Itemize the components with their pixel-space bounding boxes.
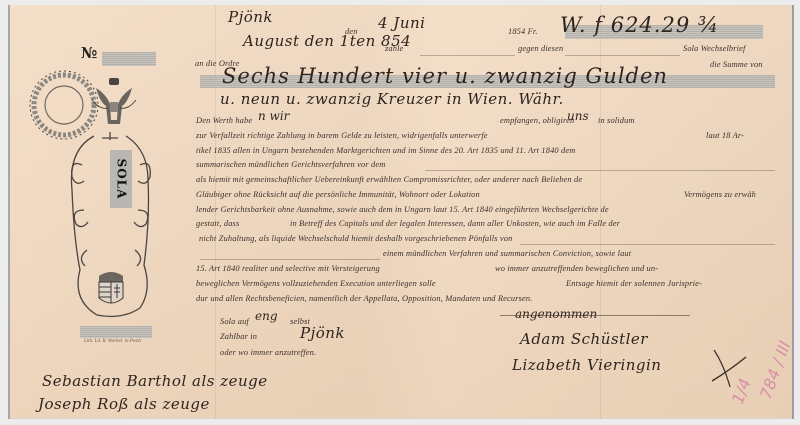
sola-auf-label: Sola auf	[220, 317, 249, 326]
zahlbar-in-label: Zahlbar in	[220, 332, 257, 341]
accepted-handwritten: angenommen	[515, 307, 597, 321]
body-line-10-tail: wo immer anzutreffenden beweglichen und …	[495, 264, 658, 273]
ornament-vignette-icon	[22, 70, 162, 340]
body-line-5: Gläubiger ohne Rücksicht auf die persönl…	[196, 190, 480, 199]
year-printed: 1854 Fr.	[508, 27, 538, 36]
sola-auf-handwritten: eng	[255, 309, 278, 323]
stamp-field	[80, 326, 152, 338]
body-line-11-tail: Entsage hiemit der solennen Jurisprie-	[566, 279, 702, 288]
empfangen-label: empfangen, obligiren	[500, 116, 574, 125]
body-line-12: dur und allen Rechtsbeneficien, namentli…	[196, 294, 533, 303]
body-line-3: summarischen mündlichen Gerichtsverfahre…	[196, 160, 385, 169]
zahle-label: zahle	[385, 44, 403, 53]
werth-label: Den Werth habe	[196, 116, 252, 125]
amount-handwritten: W. f 624.29 ¾	[560, 13, 719, 37]
rule	[500, 315, 690, 316]
sum-words-line2: u. neun u. zwanzig Kreuzer in Wien. Währ…	[220, 90, 564, 108]
body-line-8: nicht Zuhaltung, als liquide Wechselschu…	[199, 234, 512, 243]
body-line-5-tail: Vermögens zu erwäh	[684, 190, 756, 199]
sola-text: SOLA	[114, 159, 128, 200]
in-solidum-label: in solidum	[598, 116, 635, 125]
werth-handwritten: n wir	[258, 109, 289, 123]
number-label: №	[81, 44, 97, 62]
witness-line-1: Sebastian Barthol als zeuge	[42, 372, 268, 390]
body-line-4: als hiemit mit gemeinschaftlicher Uebere…	[196, 175, 582, 184]
rule	[200, 259, 380, 260]
rule	[565, 55, 680, 56]
gegen-diesen-label: gegen diesen	[518, 44, 563, 53]
signature-2: Lizabeth Vieringin	[512, 356, 661, 374]
die-summe-von-label: die Summe von	[710, 60, 763, 69]
body-line-10: 15. Art 1840 realiter und selective mit …	[196, 264, 380, 273]
sum-words-line1: Sechs Hundert vier u. zwanzig Gulden	[222, 64, 668, 88]
uns-handwritten: uns	[567, 109, 589, 123]
body-line-1-tail: laut 18 Ar-	[706, 131, 744, 140]
body-line-1: zur Verfallzeit richtige Zahlung in bare…	[196, 131, 488, 140]
signature-1: Adam Schüstler	[520, 330, 648, 348]
date-handwritten: 4 Juni	[378, 14, 425, 32]
witness-line-2: Joseph Roß als zeuge	[38, 395, 210, 413]
body-line-6: lender Gerichtsbarkeit ohne Ausnahme, so…	[196, 205, 609, 214]
body-line-2: tikel 1835 allen in Ungarn bestehenden M…	[196, 146, 575, 155]
body-line-7: gestatt, dass	[196, 219, 239, 228]
sola-wechselbrief-label: Sola Wechselbrief	[683, 44, 745, 53]
printer-note: Lith. Ld. R. Worbel. in Pesth	[84, 339, 141, 344]
body-line-7-mid: in Betreff des Capitals und der legalen …	[290, 219, 620, 228]
place-handwritten: Pjönk	[228, 8, 273, 26]
zahlbar-in-handwritten: Pjönk	[300, 324, 345, 342]
body-line-11: beweglichen Vermögens vollzuziehenden Ex…	[196, 279, 436, 288]
anzutreffen-label: oder wo immer anzutreffen.	[220, 348, 316, 357]
rule	[420, 55, 515, 56]
body-line-9: einem mündlichen Verfahren und summarisc…	[383, 249, 631, 258]
sola-label: SOLA	[110, 150, 132, 208]
number-field	[102, 52, 156, 66]
rule	[520, 244, 775, 245]
rule	[425, 170, 775, 171]
